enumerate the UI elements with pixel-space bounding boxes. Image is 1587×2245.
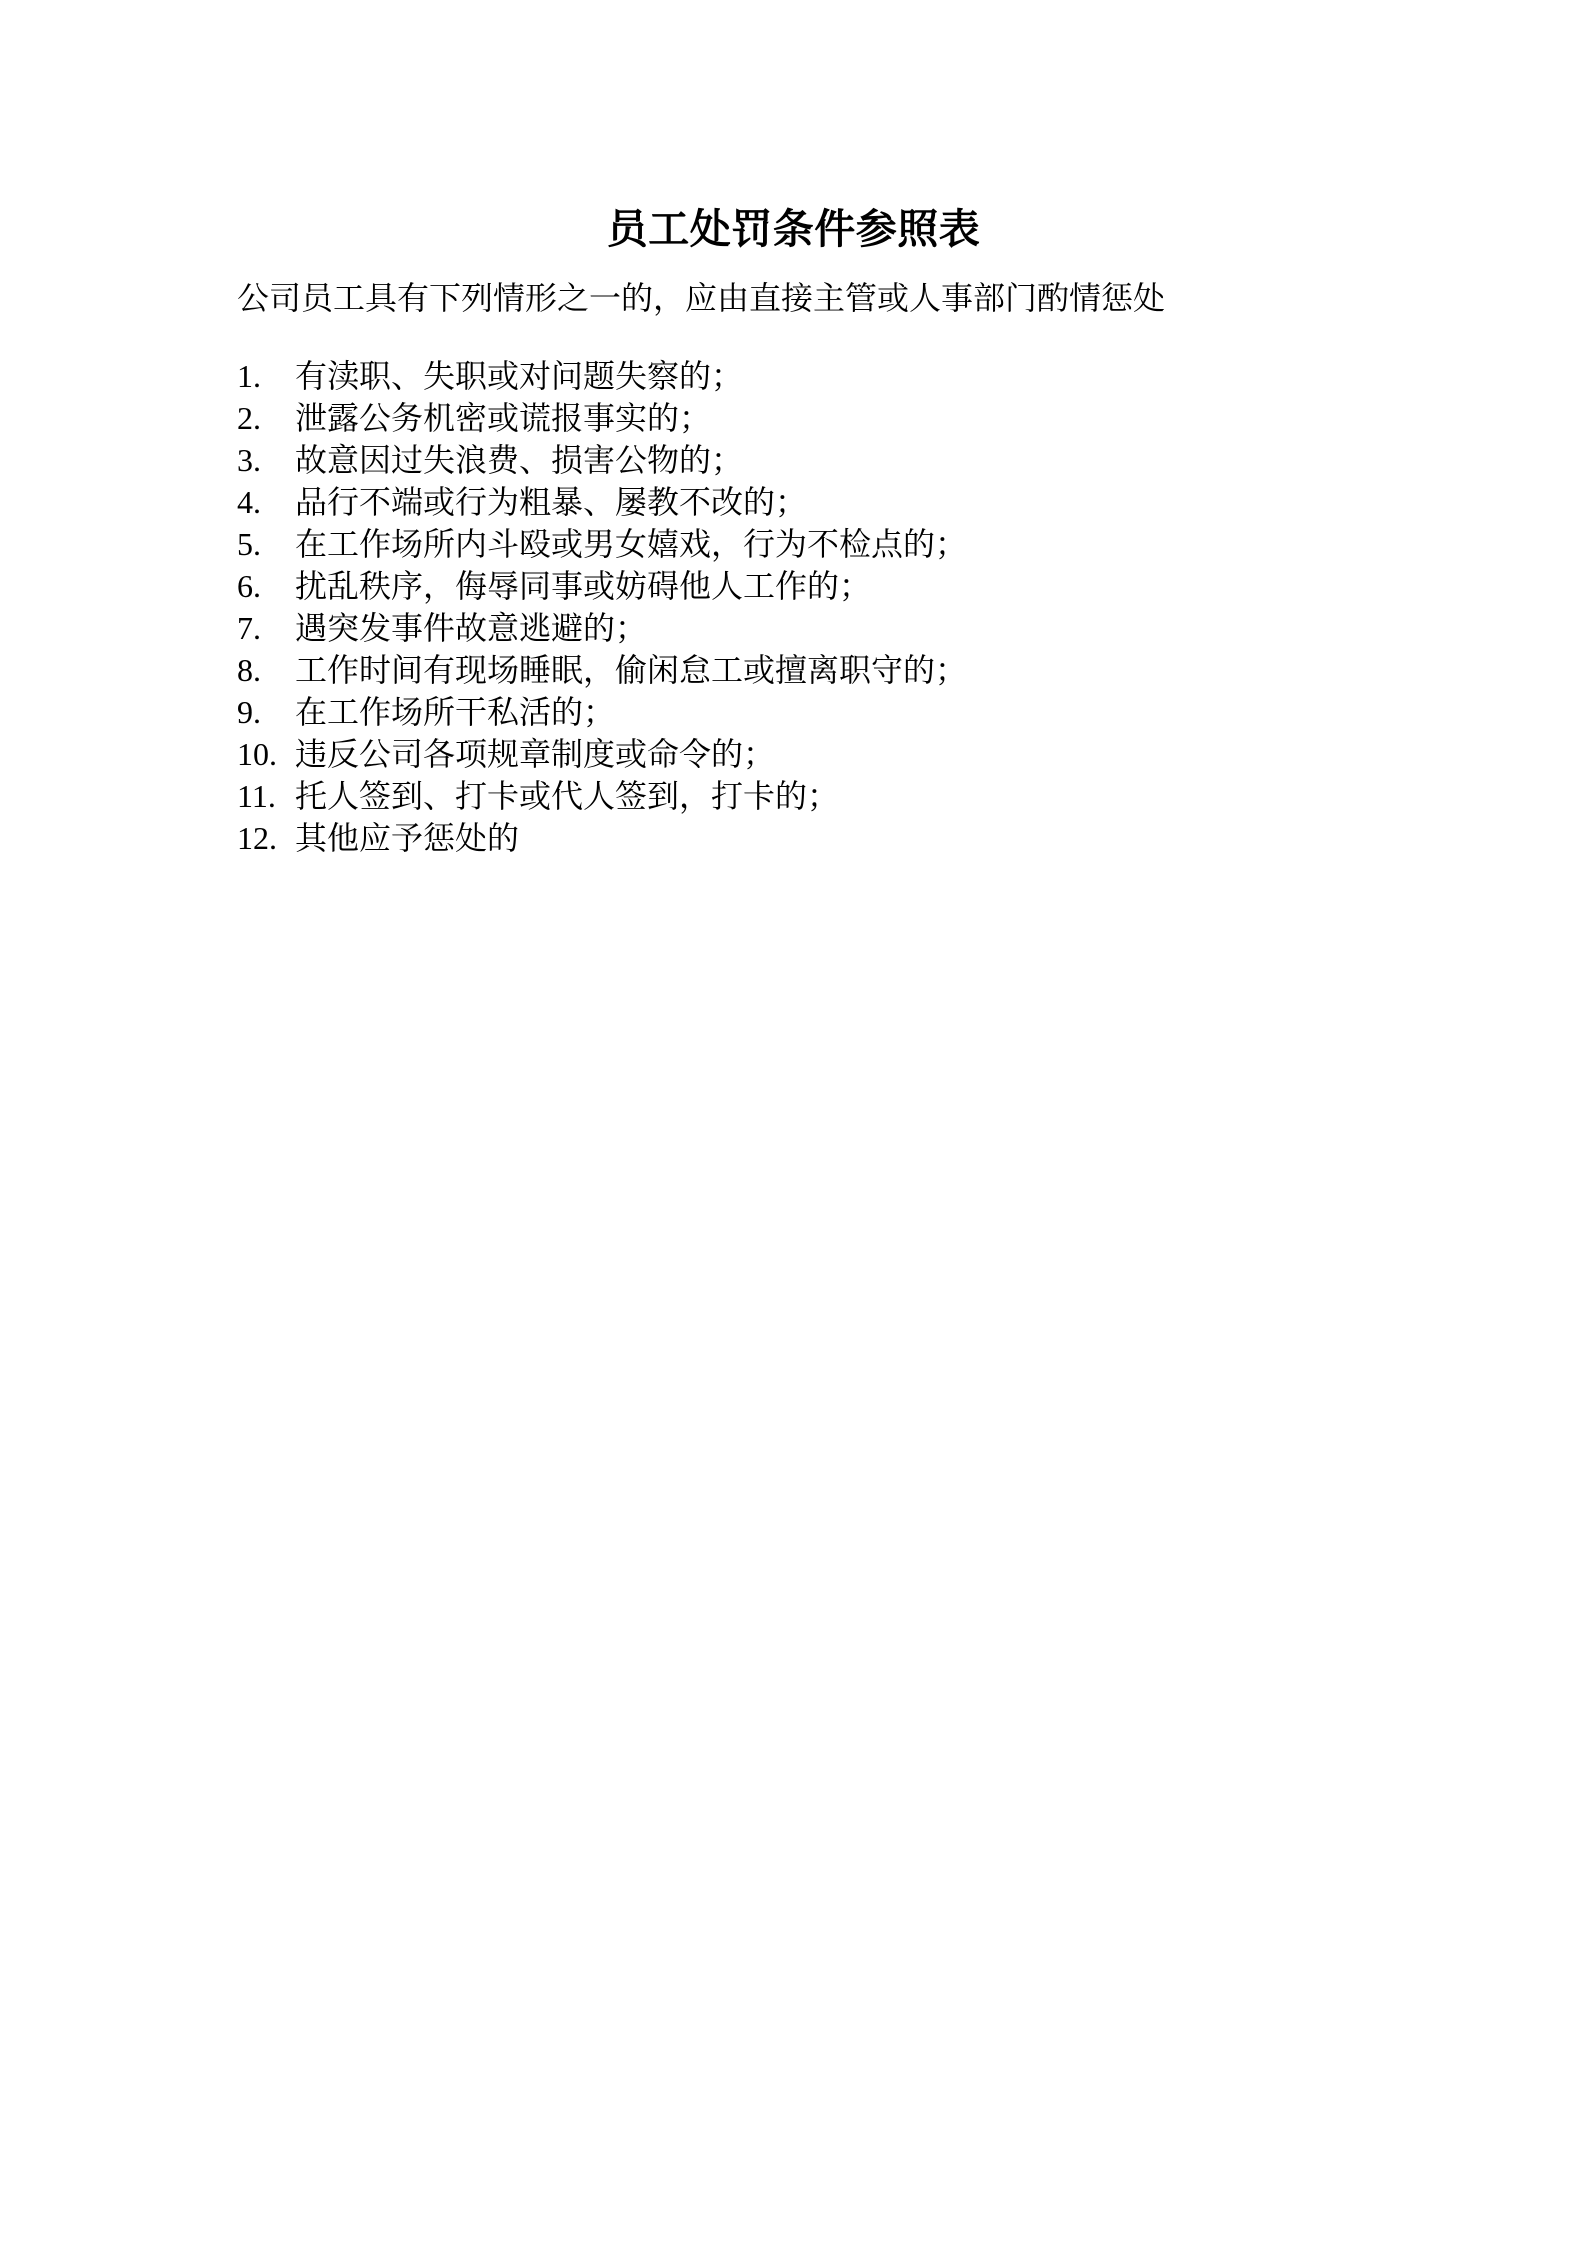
list-item-number: 9. <box>237 691 295 733</box>
list-item: 1. 有渎职、失职或对问题失察的； <box>237 355 1387 397</box>
list-item-number: 2. <box>237 397 295 439</box>
punishment-list: 1. 有渎职、失职或对问题失察的； 2. 泄露公务机密或谎报事实的； 3. 故意… <box>237 355 1387 859</box>
list-item-number: 7. <box>237 607 295 649</box>
list-item: 4. 品行不端或行为粗暴、屡教不改的； <box>237 481 1387 523</box>
list-item-text: 扰乱秩序，侮辱同事或妨碍他人工作的； <box>295 565 1387 607</box>
list-item-text: 在工作场所内斗殴或男女嬉戏，行为不检点的； <box>295 523 1387 565</box>
list-item-text: 泄露公务机密或谎报事实的； <box>295 397 1387 439</box>
document-page: 员工处罚条件参照表 公司员工具有下列情形之一的，应由直接主管或人事部门酌情惩处 … <box>0 0 1587 2245</box>
list-item-text: 品行不端或行为粗暴、屡教不改的； <box>295 481 1387 523</box>
list-item-number: 3. <box>237 439 295 481</box>
list-item: 6. 扰乱秩序，侮辱同事或妨碍他人工作的； <box>237 565 1387 607</box>
list-item-text: 遇突发事件故意逃避的； <box>295 607 1387 649</box>
list-item: 11. 托人签到、打卡或代人签到，打卡的； <box>237 775 1387 817</box>
list-item-text: 违反公司各项规章制度或命令的； <box>295 733 1387 775</box>
list-item-text: 故意因过失浪费、损害公物的； <box>295 439 1387 481</box>
list-item: 10. 违反公司各项规章制度或命令的； <box>237 733 1387 775</box>
list-item-number: 10. <box>237 733 295 775</box>
page-title: 员工处罚条件参照表 <box>0 0 1587 253</box>
list-item-text: 在工作场所干私活的； <box>295 691 1387 733</box>
list-item-number: 4. <box>237 481 295 523</box>
list-item-number: 1. <box>237 355 295 397</box>
list-item: 12. 其他应予惩处的 <box>237 817 1387 859</box>
list-item: 5. 在工作场所内斗殴或男女嬉戏，行为不检点的； <box>237 523 1387 565</box>
intro-paragraph: 公司员工具有下列情形之一的，应由直接主管或人事部门酌情惩处 <box>237 277 1337 319</box>
list-item: 7. 遇突发事件故意逃避的； <box>237 607 1387 649</box>
list-item-number: 5. <box>237 523 295 565</box>
list-item-text: 其他应予惩处的 <box>295 817 1387 859</box>
list-item-number: 8. <box>237 649 295 691</box>
list-item: 2. 泄露公务机密或谎报事实的； <box>237 397 1387 439</box>
list-item-number: 11. <box>237 775 295 817</box>
list-item: 9. 在工作场所干私活的； <box>237 691 1387 733</box>
list-item-number: 6. <box>237 565 295 607</box>
list-item: 3. 故意因过失浪费、损害公物的； <box>237 439 1387 481</box>
list-item-text: 托人签到、打卡或代人签到，打卡的； <box>295 775 1387 817</box>
list-item-number: 12. <box>237 817 295 859</box>
list-item: 8. 工作时间有现场睡眠，偷闲怠工或擅离职守的； <box>237 649 1387 691</box>
list-item-text: 工作时间有现场睡眠，偷闲怠工或擅离职守的； <box>295 649 1387 691</box>
list-item-text: 有渎职、失职或对问题失察的； <box>295 355 1387 397</box>
